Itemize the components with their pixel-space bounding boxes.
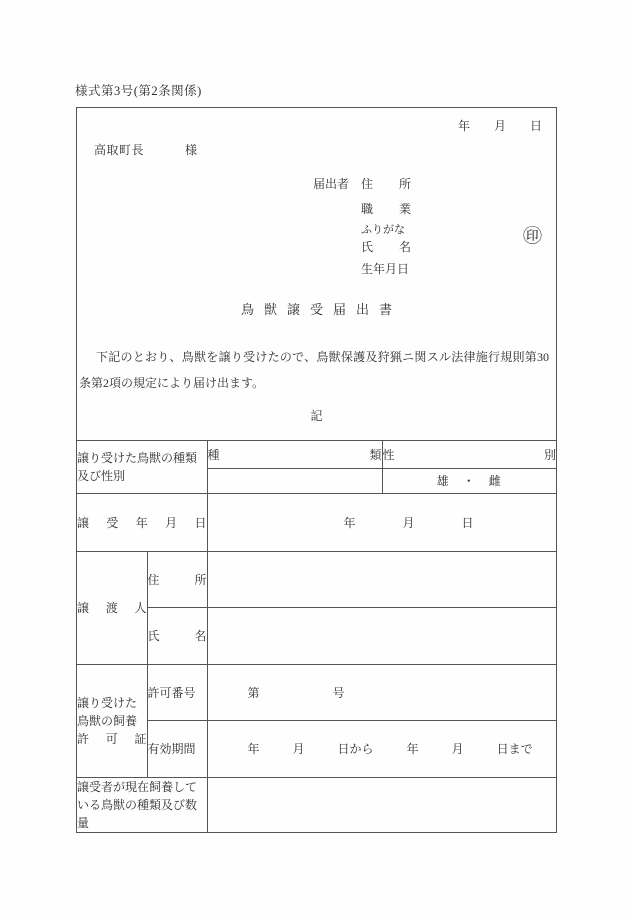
- transferor-address-label-cell: 住所: [147, 551, 207, 607]
- declarant-occupation-label: 職業: [361, 201, 411, 217]
- transferor-name-value-cell: [207, 607, 556, 664]
- table-row: 譲渡人 住所: [77, 551, 556, 607]
- permit-number-prefix: 第: [248, 684, 260, 701]
- table-row: 譲受年月日 年 月 日: [77, 493, 556, 551]
- table-row: 氏名: [77, 607, 556, 664]
- form-table: 譲り受けた鳥獣の種類及び性別 種類 性別 雄 ・ 雌 譲受年月日 年: [77, 440, 556, 833]
- transferor-address-value-cell: [207, 551, 556, 607]
- validity-label-cell: 有効期間: [147, 720, 207, 777]
- permit-number-value: 第 号: [208, 684, 557, 701]
- validity-value-cell: 年 月 日から 年 月 日まで: [207, 720, 556, 777]
- declarant-name-label: 氏名: [361, 239, 411, 255]
- declarant-name-row: 氏名: [313, 239, 411, 255]
- table-row: 譲受者が現在飼養している鳥獣の種類及び数量: [77, 777, 556, 832]
- declarant-block: 届出者 住所 職業 ふりがな 氏名 生年月日: [313, 176, 411, 277]
- declarant-occupation-row: 職業: [313, 201, 411, 217]
- permit-number-value-cell: 第 号: [207, 664, 556, 720]
- form-border-box: 年 月 日 高取町長 様 届出者 住所 職業 ふりがな 氏名: [76, 107, 557, 833]
- receipt-day-label: 日: [462, 514, 474, 531]
- table-row: 有効期間 年 月 日から 年 月 日まで: [77, 720, 556, 777]
- receipt-month-label: 月: [403, 514, 415, 531]
- transferor-name-label-cell: 氏名: [147, 607, 207, 664]
- permit-label-line1: 譲り受けた: [77, 694, 147, 712]
- receipt-date-label-cell: 譲受年月日: [77, 493, 207, 551]
- species-sex-label-cell: 譲り受けた鳥獣の種類及び性別: [77, 440, 207, 493]
- validity-from-year: 年: [248, 740, 260, 757]
- document-title: 鳥獣譲受届出書: [77, 299, 556, 318]
- date-year-label: 年: [458, 117, 470, 134]
- sex-header-cell: 性別: [382, 440, 556, 468]
- seal-mark-icon: ㊞: [523, 227, 542, 246]
- form-style-number: 様式第3号(第2条関係): [75, 81, 202, 99]
- permit-label-line3: 許可証: [77, 730, 147, 748]
- declarant-label: 届出者: [313, 176, 353, 192]
- permit-number-suffix: 号: [333, 684, 345, 701]
- form-table-wrap: 譲り受けた鳥獣の種類及び性別 種類 性別 雄 ・ 雌 譲受年月日 年: [77, 440, 556, 833]
- validity-from-month: 月: [293, 740, 305, 757]
- submission-date-line: 年 月 日: [458, 117, 542, 134]
- validity-to-month: 月: [452, 740, 464, 757]
- body-paragraph: 下記のとおり、鳥獣を譲り受けたので、鳥獣保護及狩猟ニ関スル法律施行規則第30条第…: [79, 344, 549, 396]
- declarant-address-label: 住所: [361, 176, 411, 192]
- validity-to-year: 年: [407, 740, 419, 757]
- addressee-honorific: 様: [185, 141, 198, 158]
- receipt-year-label: 年: [344, 514, 356, 531]
- validity-from-day: 日から: [338, 740, 374, 757]
- permit-number-label-cell: 許可番号: [147, 664, 207, 720]
- permit-label-cell: 譲り受けた 鳥獣の飼養 許可証: [77, 664, 147, 777]
- declarant-birthdate-label: 生年月日: [361, 261, 409, 277]
- kind-value-cell: [207, 468, 382, 493]
- validity-to-day: 日まで: [497, 740, 533, 757]
- addressee-line: 高取町長 様: [94, 141, 198, 158]
- date-day-label: 日: [530, 117, 542, 134]
- permit-label-line2: 鳥獣の飼養: [77, 712, 147, 730]
- table-row: 譲り受けた 鳥獣の飼養 許可証 許可番号 第 号: [77, 664, 556, 720]
- validity-value: 年 月 日から 年 月 日まで: [208, 740, 557, 757]
- declarant-birthdate-row: 生年月日: [313, 261, 411, 277]
- record-marker: 記: [77, 407, 556, 424]
- form-page: 様式第3号(第2条関係) 年 月 日 高取町長 様 届出者 住所 職業 ふりがな: [0, 0, 630, 915]
- date-month-label: 月: [494, 117, 506, 134]
- receipt-date-value: 年 月 日: [208, 514, 557, 531]
- receipt-date-value-cell: 年 月 日: [207, 493, 556, 551]
- table-row: 譲り受けた鳥獣の種類及び性別 種類 性別: [77, 440, 556, 468]
- declarant-furigana-row: ふりがな: [313, 224, 411, 237]
- declarant-furigana-label: ふりがな: [361, 224, 405, 237]
- transferor-label-cell: 譲渡人: [77, 551, 147, 664]
- kind-header-cell: 種類: [207, 440, 382, 468]
- current-keeping-value-cell: [207, 777, 556, 832]
- sex-value-cell: 雄 ・ 雌: [382, 468, 556, 493]
- declarant-address-row: 届出者 住所: [313, 176, 411, 192]
- current-keeping-label-cell: 譲受者が現在飼養している鳥獣の種類及び数量: [77, 777, 207, 832]
- addressee-name: 高取町長: [94, 141, 144, 158]
